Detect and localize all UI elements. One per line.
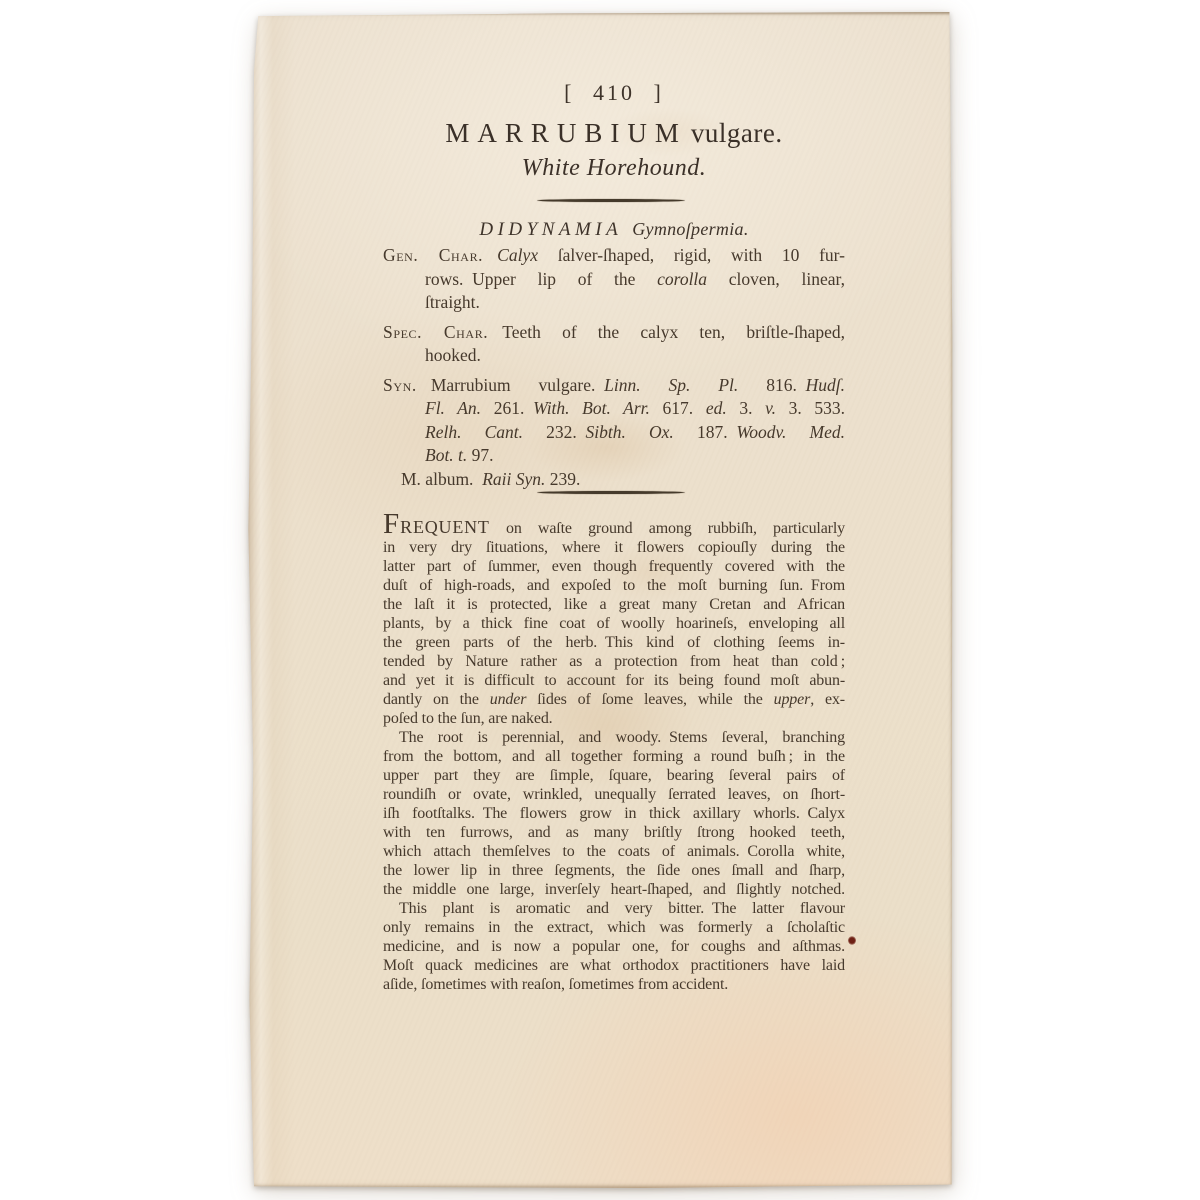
text-line: and yet it is difficult to account for i… — [383, 671, 845, 690]
common-name: White Horehound. — [383, 155, 845, 182]
divider-rule-middle — [537, 491, 685, 494]
entry-first-line: Spec. Char.Teeth of the calyx ten, briſt… — [383, 321, 845, 345]
drop-cap: F — [383, 508, 400, 540]
spec-char-text: Teeth of the calyx ten, briſtle-ſhaped, — [502, 322, 845, 342]
divider-rule-top — [537, 199, 685, 202]
gen-char-last-line: ſtraight. — [383, 291, 845, 315]
order-name: Gymnoſpermia. — [632, 219, 748, 239]
text-line: Relh. Cant. 232. Sibth. Ox. 187. Woodv. … — [383, 421, 845, 445]
text-line: dantly on the under ſides of ſome leaves… — [383, 690, 845, 709]
syn-last-line: Bot. t. 97. — [383, 444, 845, 468]
paragraph-3: This plant is aromatic and very bitter. … — [383, 899, 845, 994]
paragraph-2-first-line: The root is perennial, and woody. Stems … — [383, 728, 845, 747]
syn-label: Syn. — [383, 375, 417, 395]
syn-cont: Fl. An. 261. With. Bot. Arr. 617. ed. 3.… — [383, 397, 845, 444]
class-name: DIDYNAMIA — [479, 219, 622, 240]
text-line: in very dry ſituations, where it flowers… — [383, 538, 845, 557]
lead-caps: REQUENT — [400, 517, 490, 537]
paragraph-1-lines: in very dry ſituations, where it flowers… — [383, 538, 845, 709]
scan-backdrop: [ 410 ] MARRUBIUMvulgare. White Horehoun… — [0, 0, 1200, 1200]
text-line: which attach themſelves to the coats of … — [383, 842, 845, 861]
gen-char-cont: rows. Upper lip of the corolla cloven, l… — [383, 268, 845, 292]
synonyms-entry: Syn.Marrubium vulgare. Linn. Sp. Pl. 816… — [383, 374, 845, 492]
page-number: [ 410 ] — [383, 80, 845, 106]
paragraph-2: The root is perennial, and woody. Stems … — [383, 728, 845, 899]
paragraph-1-first-text: on waſte ground among rubbiſh, particula… — [490, 520, 845, 537]
text-line: Fl. An. 261. With. Bot. Arr. 617. ed. 3.… — [383, 397, 845, 421]
classification-line: DIDYNAMIAGymnoſpermia. — [383, 219, 845, 241]
text-line: roundiſh or ovate, wrinkled, unequally ſ… — [383, 785, 845, 804]
front-matter: Gen. Char.Calyx ſalver-ſhaped, rigid, wi… — [383, 244, 845, 497]
gen-char-text: Calyx ſalver-ſhaped, rigid, with 10 fur- — [497, 245, 845, 265]
entry-first-line: Syn.Marrubium vulgare. Linn. Sp. Pl. 816… — [383, 374, 845, 398]
spec-char-last-line: hooked. — [383, 344, 845, 368]
paragraph-3-lines: only remains in the extract, which was f… — [383, 918, 845, 975]
gen-char-entry: Gen. Char.Calyx ſalver-ſhaped, rigid, wi… — [383, 244, 845, 315]
text-line: the laſt it is protected, like a great m… — [383, 595, 845, 614]
paragraph-3-last-line: aſide, ſometimes with reaſon, ſometimes … — [383, 975, 845, 994]
text-line: duſt of high-roads, and expoſed to the m… — [383, 576, 845, 595]
text-line: rows. Upper lip of the corolla cloven, l… — [383, 268, 845, 292]
body-text: FREQUENT on waſte ground among rubbiſh, … — [383, 515, 845, 994]
entry-first-line: Gen. Char.Calyx ſalver-ſhaped, rigid, wi… — [383, 244, 845, 268]
paragraph-3-first-line: This plant is aromatic and very bitter. … — [383, 899, 845, 918]
text-line: iſh footſtalks. The flowers grow in thic… — [383, 804, 845, 823]
genus-title: MARRUBIUM — [445, 118, 687, 148]
syn-album-line: M. album. Raii Syn. 239. — [383, 468, 845, 492]
book-page: [ 410 ] MARRUBIUMvulgare. White Horehoun… — [247, 12, 953, 1188]
text-line: upper part they are ſimple, ſquare, bear… — [383, 766, 845, 785]
text-line: medicine, and is now a popular one, for … — [383, 937, 845, 956]
text-line: from the bottom, and all together formin… — [383, 747, 845, 766]
text-line: the middle one large, inverſely heart-ſh… — [383, 880, 845, 899]
ink-speck — [848, 936, 856, 945]
paragraph-2-lines: from the bottom, and all together formin… — [383, 747, 845, 899]
text-line: tended by Nature rather as a protection … — [383, 652, 845, 671]
paragraph-1-first-line: FREQUENT on waſte ground among rubbiſh, … — [383, 515, 845, 538]
paragraph-1: FREQUENT on waſte ground among rubbiſh, … — [383, 515, 845, 728]
gen-char-label: Gen. Char. — [383, 245, 483, 265]
spec-char-label: Spec. Char. — [383, 322, 488, 342]
text-line: with ten furrows, and as many briſtly ſt… — [383, 823, 845, 842]
text-line: only remains in the extract, which was f… — [383, 918, 845, 937]
title-line: MARRUBIUMvulgare. — [383, 118, 845, 149]
book-page-wrap: [ 410 ] MARRUBIUMvulgare. White Horehoun… — [247, 12, 953, 1188]
syn-text: Marrubium vulgare. Linn. Sp. Pl. 816. Hu… — [431, 375, 845, 395]
text-line: plants, by a thick fine coat of woolly h… — [383, 614, 845, 633]
species-title: vulgare. — [691, 118, 783, 148]
text-line: Moſt quack medicines are what orthodox p… — [383, 956, 845, 975]
spec-char-entry: Spec. Char.Teeth of the calyx ten, briſt… — [383, 321, 845, 368]
text-line: latter part of ſummer, even though frequ… — [383, 557, 845, 576]
paragraph-1-last-line: poſed to the ſun, are naked. — [383, 709, 845, 728]
text-line: the lower lip in three ſegments, the ſid… — [383, 861, 845, 880]
text-line: the green parts of the herb. This kind o… — [383, 633, 845, 652]
